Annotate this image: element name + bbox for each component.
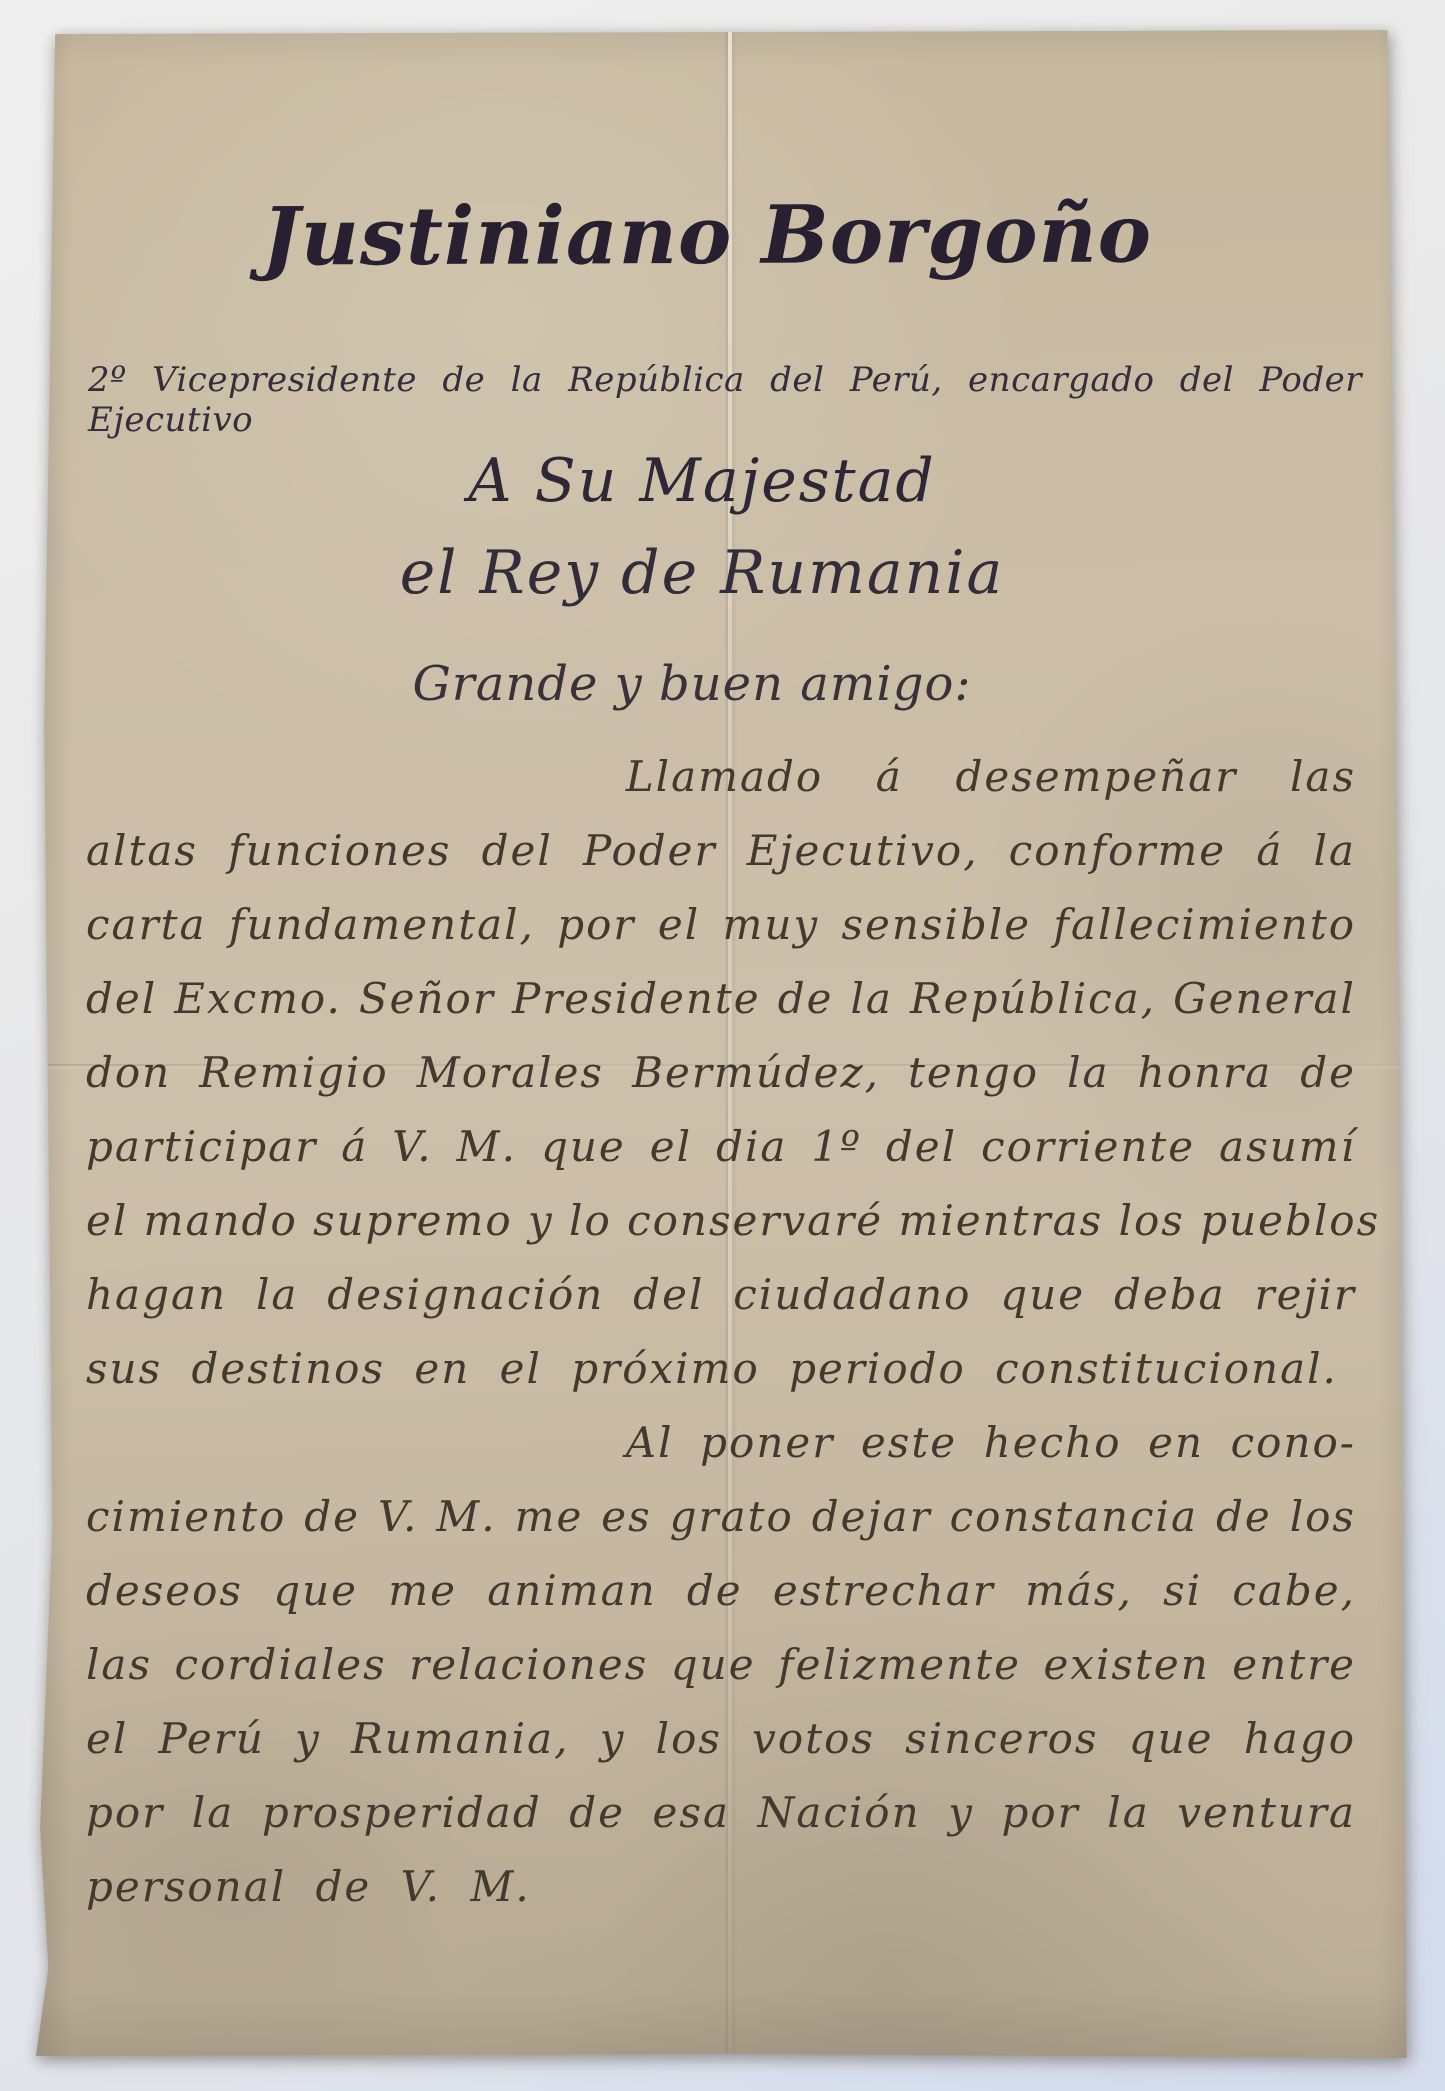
letter-body: Llamado á desempeñar las altas funciones… — [86, 740, 1356, 1924]
body-line: Al poner este hecho en cono- — [86, 1406, 1356, 1480]
body-line: participar á V. M. que el dia 1º del cor… — [86, 1110, 1356, 1184]
body-line: sus destinos en el próximo periodo const… — [86, 1332, 1356, 1406]
photo-background: Justiniano Borgoño 2º Vicepresidente de … — [0, 0, 1445, 2091]
letter-author-name: Justiniano Borgoño — [36, 186, 1378, 285]
letter-paper: Justiniano Borgoño 2º Vicepresidente de … — [36, 26, 1408, 2060]
body-line: el Perú y Rumania, y los votos sinceros … — [86, 1702, 1356, 1776]
body-line: personal de V. M. — [86, 1850, 1356, 1924]
body-line: por la prosperidad de esa Nación y por l… — [86, 1776, 1356, 1850]
addressee-king-line: el Rey de Rumania — [36, 538, 1368, 608]
body-line: las cordiales relaciones que felizmente … — [86, 1628, 1356, 1702]
body-line: hagan la designación del ciudadano que d… — [86, 1258, 1356, 1332]
body-line: cimiento de V. M. me es grato dejar cons… — [86, 1480, 1356, 1554]
body-line: deseos que me animan de estrechar más, s… — [86, 1554, 1356, 1628]
letter-paper-wrap: Justiniano Borgoño 2º Vicepresidente de … — [36, 26, 1408, 2060]
body-line: carta fundamental, por el muy sensible f… — [86, 888, 1356, 962]
body-line: Llamado á desempeñar las — [86, 740, 1356, 814]
salutation-line: Grande y buen amigo: — [36, 656, 1348, 712]
addressee-majesty-line: A Su Majestad — [36, 446, 1368, 516]
body-line: el mando supremo y lo conservaré mientra… — [86, 1184, 1356, 1258]
body-line: altas funciones del Poder Ejecutivo, con… — [86, 814, 1356, 888]
author-office-subtitle: 2º Vicepresidente de la República del Pe… — [88, 360, 1362, 440]
body-line: don Remigio Morales Bermúdez, tengo la h… — [86, 1036, 1356, 1110]
body-line: del Excmo. Señor Presidente de la Repúbl… — [86, 962, 1356, 1036]
